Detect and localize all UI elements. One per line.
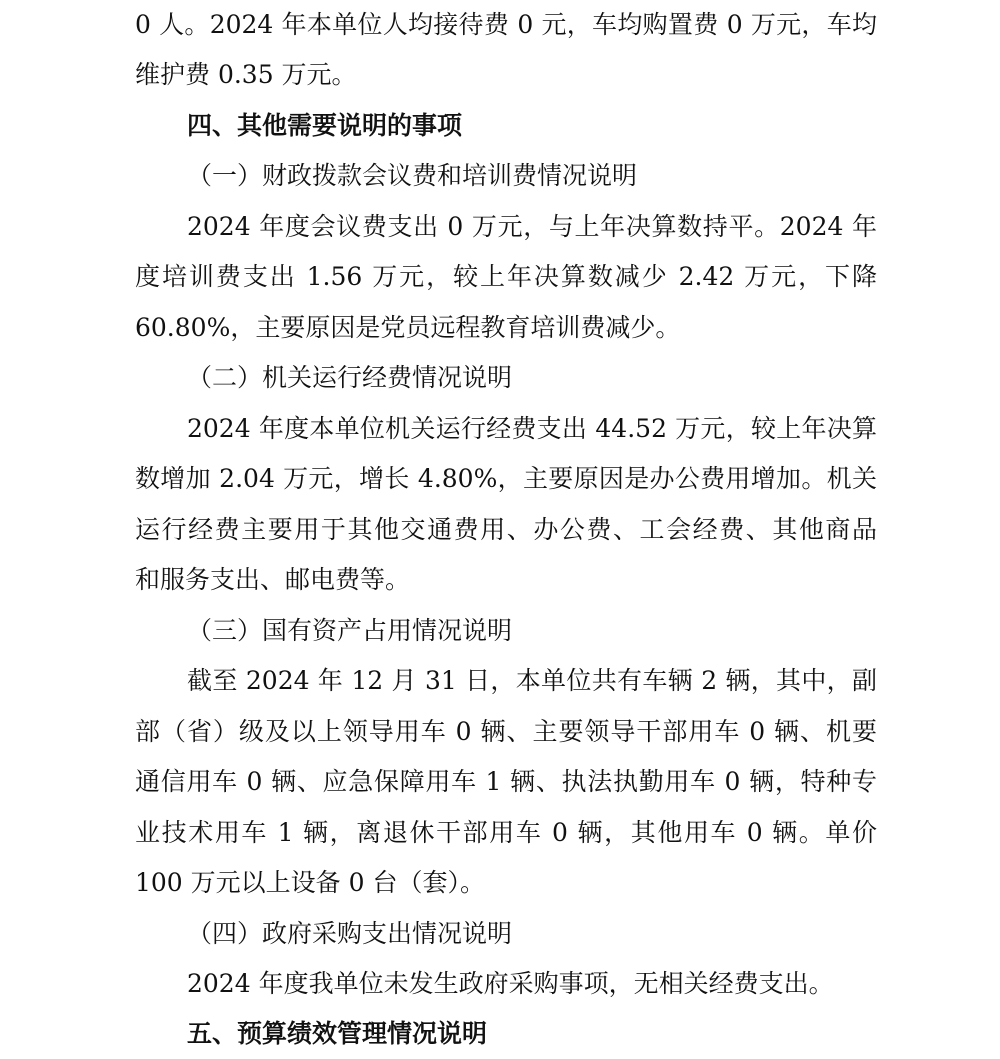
- paragraph-line: 业技术用车 1 辆，离退休干部用车 0 辆，其他用车 0 辆。单价: [135, 808, 877, 858]
- paragraph-line: 2024 年度我单位未发生政府采购事项，无相关经费支出。: [187, 959, 877, 1009]
- paragraph-line: 2024 年度本单位机关运行经费支出 44.52 万元，较上年决算: [187, 404, 877, 454]
- paragraph-line: 维护费 0.35 万元。: [135, 50, 877, 100]
- subsection-heading-2: （二）机关运行经费情况说明: [187, 353, 877, 403]
- document-page: 0 人。2024 年本单位人均接待费 0 元，车均购置费 0 万元，车均 维护费…: [0, 0, 1000, 1059]
- paragraph-line: 100 万元以上设备 0 台（套）。: [135, 858, 877, 908]
- section-heading-4: 四、其他需要说明的事项: [187, 101, 877, 151]
- subsection-heading-1: （一）财政拨款会议费和培训费情况说明: [187, 151, 877, 201]
- subsection-heading-4: （四）政府采购支出情况说明: [187, 909, 877, 959]
- paragraph-line: 和服务支出、邮电费等。: [135, 555, 877, 605]
- paragraph-line: 截至 2024 年 12 月 31 日，本单位共有车辆 2 辆，其中，副: [187, 656, 877, 706]
- paragraph-line: 2024 年度会议费支出 0 万元，与上年决算数持平。2024 年: [187, 202, 877, 252]
- paragraph-line: 60.80%，主要原因是党员远程教育培训费减少。: [135, 303, 877, 353]
- section-heading-5: 五、预算绩效管理情况说明: [187, 1009, 877, 1059]
- subsection-heading-3: （三）国有资产占用情况说明: [187, 606, 877, 656]
- paragraph-line: 运行经费主要用于其他交通费用、办公费、工会经费、其他商品: [135, 505, 877, 555]
- paragraph-line: 通信用车 0 辆、应急保障用车 1 辆、执法执勤用车 0 辆，特种专: [135, 757, 877, 807]
- paragraph-line: 度培训费支出 1.56 万元，较上年决算数减少 2.42 万元，下降: [135, 252, 877, 302]
- paragraph-line: 部（省）级及以上领导用车 0 辆、主要领导干部用车 0 辆、机要: [135, 707, 877, 757]
- paragraph-line: 0 人。2024 年本单位人均接待费 0 元，车均购置费 0 万元，车均: [135, 0, 877, 50]
- paragraph-line: 数增加 2.04 万元，增长 4.80%，主要原因是办公费用增加。机关: [135, 454, 877, 504]
